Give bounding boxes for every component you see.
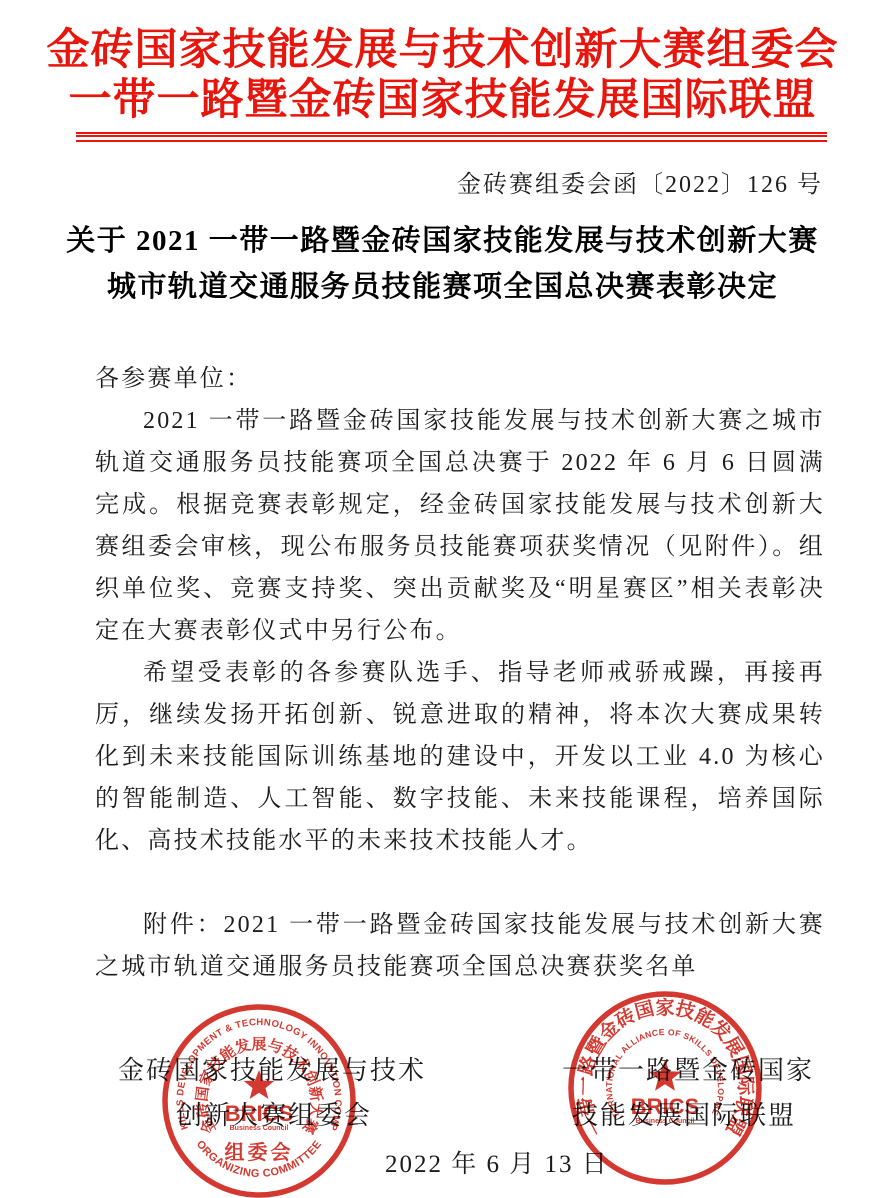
red-separator-rule [76,132,827,142]
document-title: 关于 2021 一带一路暨金砖国家技能发展与技术创新大赛 城市轨道交通服务员技能… [0,218,885,310]
document-title-line-1: 关于 2021 一带一路暨金砖国家技能发展与技术创新大赛 [0,218,885,264]
document-page: 金砖国家技能发展与技术创新大赛组委会 一带一路暨金砖国家技能发展国际联盟 金砖赛… [0,0,885,1198]
seal-outer-ring [571,994,759,1182]
document-body: 各参赛单位： 2021 一带一路暨金砖国家技能发展与技术创新大赛之城市轨道交通服… [95,358,825,988]
committee-label: 组委会 [225,1140,294,1164]
star-icon [649,1060,681,1091]
body-paragraph-2: 希望受表彰的各参赛队选手、指导老师戒骄戒躁，再接再厉，继续发扬开拓创新、锐意进取… [95,652,825,862]
alliance-seal: 一带一路暨金砖国家技能发展国际联盟 INTERNATIONAL ALLIANCE… [565,988,765,1188]
rule-thin-line [76,140,827,142]
business-council-label: Business Council [230,1125,289,1132]
attachment-note: 附件：2021 一带一路暨金砖国家技能发展与技术创新大赛之城市轨道交通服务员技能… [95,904,825,988]
body-paragraph-1: 2021 一带一路暨金砖国家技能发展与技术创新大赛之城市轨道交通服务员技能赛项全… [95,400,825,652]
brics-wordmark: BRICS [225,1101,293,1126]
letterhead-line-2: 一带一路暨金砖国家技能发展国际联盟 [0,76,885,126]
star-icon [244,1070,274,1099]
rule-thick-line [76,132,827,137]
brics-wordmark: BRICS [631,1094,699,1119]
salutation: 各参赛单位： [95,358,825,400]
document-number: 金砖赛组委会函〔2022〕126 号 [0,168,885,202]
organizing-committee-seal: BRICS SKILLS DEVELOPMENT & TECHNOLOGY IN… [159,1001,359,1198]
document-title-line-2: 城市轨道交通服务员技能赛项全国总决赛表彰决定 [0,264,885,310]
letterhead-line-1: 金砖国家技能发展与技术创新大赛组委会 [0,26,885,76]
letterhead: 金砖国家技能发展与技术创新大赛组委会 一带一路暨金砖国家技能发展国际联盟 [0,0,885,142]
business-council-label: Business Council [636,1118,695,1125]
